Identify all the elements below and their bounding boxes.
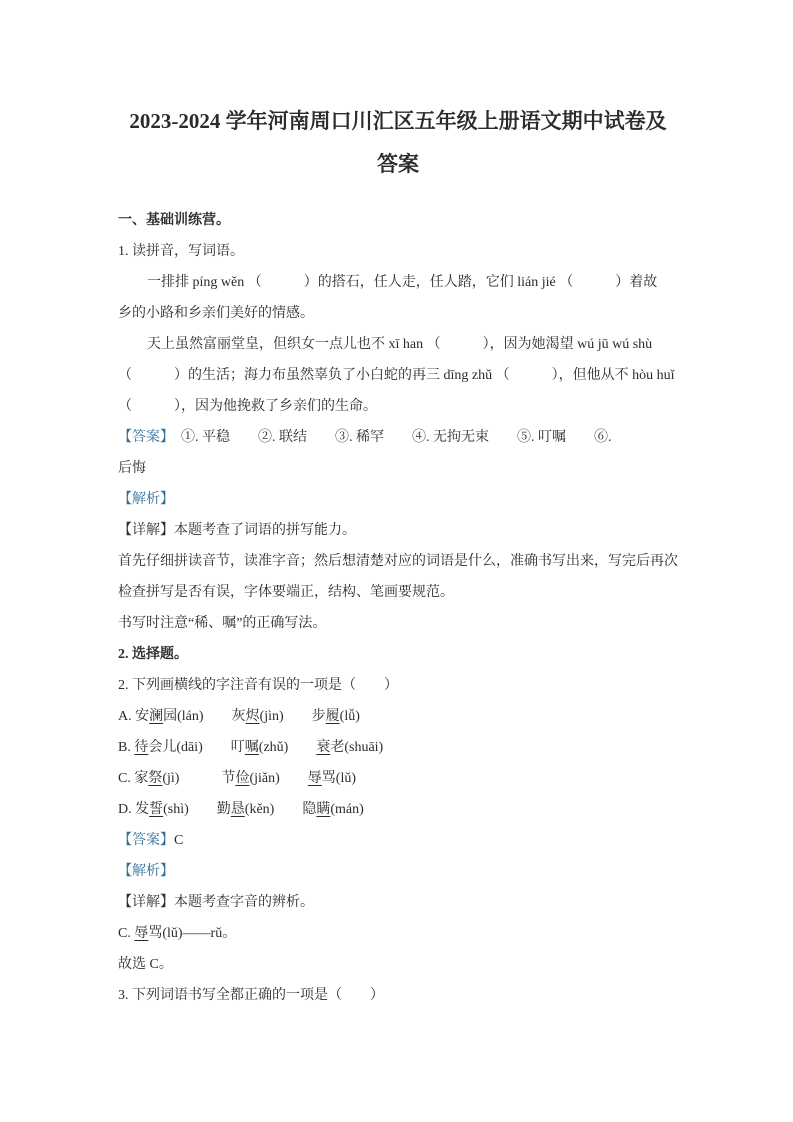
option-text: C. 家 xyxy=(118,771,148,786)
option-text: (shì) 勤 xyxy=(163,802,231,817)
option-text: (mán) xyxy=(330,802,363,817)
underlined-char: 誓 xyxy=(149,802,163,817)
q2-option-a: A. 安澜园(lán) 灰烬(jìn) 步履(lǚ) xyxy=(118,701,678,732)
underlined-char: 待 xyxy=(134,740,148,755)
underlined-char: 衰 xyxy=(316,740,330,755)
option-text: (jìn) 步 xyxy=(260,709,326,724)
option-text: 园(lán) 灰 xyxy=(163,709,245,724)
underlined-char: 澜 xyxy=(149,709,163,724)
q1-passage2-line1: 天上虽然富丽堂皇，但织女一点儿也不 xī han （ ），因为她渴望 wú jū… xyxy=(118,329,678,360)
underlined-char: 俭 xyxy=(235,771,249,786)
q1-answer-label: 【答案】 xyxy=(118,430,167,445)
q2-conclusion: 故选 C。 xyxy=(118,949,678,980)
detail-text: 骂(lǔ)——rǔ。 xyxy=(148,926,236,941)
q2-option-b: B. 待会儿(dāi) 叮嘱(zhǔ) 衰老(shuāi) xyxy=(118,732,678,763)
section2-heading: 2. 选择题。 xyxy=(118,639,678,670)
document-body: 一、基础训练营。 1. 读拼音，写词语。 一排排 píng wěn （ ）的搭石… xyxy=(118,205,678,1011)
underlined-char: 恳 xyxy=(231,802,245,817)
option-text: D. 发 xyxy=(118,802,149,817)
underlined-char: 祭 xyxy=(148,771,162,786)
option-text: (jì) 节 xyxy=(162,771,235,786)
q1-answer-text: ①. 平稳 ②. 联结 ③. 稀罕 ④. 无拘无束 ⑤. 叮嘱 ⑥. xyxy=(167,430,612,445)
option-text: 老(shuāi) xyxy=(330,740,383,755)
underlined-char: 履 xyxy=(326,709,340,724)
detail-text: C. xyxy=(118,926,134,941)
exam-document-page: 2023-2024 学年河南周口川汇区五年级上册语文期中试卷及 答案 一、基础训… xyxy=(0,0,793,1122)
underlined-char: 瞒 xyxy=(316,802,330,817)
q1-detail-line3: 检查拼写是否有误，字体要端正，结构、笔画要规范。 xyxy=(118,577,678,608)
q1-passage1-line2: 乡的小路和乡亲们美好的情感。 xyxy=(118,298,678,329)
q2-analysis-label: 【解析】 xyxy=(118,864,174,879)
doc-title-line1: 2023-2024 学年河南周口川汇区五年级上册语文期中试卷及 xyxy=(118,100,678,143)
q1-passage1-line1: 一排排 píng wěn （ ）的搭石，任人走，任人踏，它们 lián jié … xyxy=(118,267,678,298)
q1-detail-line1: 【详解】本题考查了词语的拼写能力。 xyxy=(118,515,678,546)
q1-detail-line4: 书写时注意“稀、嘱”的正确写法。 xyxy=(118,608,678,639)
q3-stem: 3. 下列词语书写全都正确的一项是（ ） xyxy=(118,980,678,1011)
q1-passage2-line2: （ ）的生活；海力布虽然辜负了小白蛇的再三 dīng zhǔ （ ），但他从不 … xyxy=(118,360,678,391)
option-text: (lǚ) xyxy=(340,709,360,724)
q2-stem: 2. 下列画横线的字注音有误的一项是（ ） xyxy=(118,670,678,701)
q2-answer-line: 【答案】C xyxy=(118,825,678,856)
option-text: (jiǎn) xyxy=(249,771,307,786)
option-text: A. 安 xyxy=(118,709,149,724)
q1-answer-line: 【答案】 ①. 平稳 ②. 联结 ③. 稀罕 ④. 无拘无束 ⑤. 叮嘱 ⑥. xyxy=(118,422,678,453)
option-text: B. xyxy=(118,740,134,755)
underlined-char: 烬 xyxy=(246,709,260,724)
q2-answer-value: C xyxy=(174,833,183,848)
q1-detail-line2: 首先仔细拼读音节，读准字音；然后想清楚对应的词语是什么，准确书写出来，写完后再次 xyxy=(118,546,678,577)
q2-analysis-line: 【解析】 xyxy=(118,856,678,887)
option-text: 骂(lǔ) xyxy=(322,771,356,786)
section1-heading: 一、基础训练营。 xyxy=(118,205,678,236)
q1-analysis-label: 【解析】 xyxy=(118,492,174,507)
doc-title-line2: 答案 xyxy=(118,143,678,186)
q1-answer-continuation: 后悔 xyxy=(118,453,678,484)
option-text: 会儿(dāi) 叮 xyxy=(148,740,244,755)
q2-detail-line1: 【详解】本题考查字音的辨析。 xyxy=(118,887,678,918)
q1-stem: 1. 读拼音，写词语。 xyxy=(118,236,678,267)
underlined-char: 辱 xyxy=(134,926,148,941)
q2-detail-line2: C. 辱骂(lǔ)——rǔ。 xyxy=(118,918,678,949)
underlined-char: 辱 xyxy=(308,771,322,786)
q1-passage2-line3: （ ），因为他挽救了乡亲们的生命。 xyxy=(118,391,678,422)
underlined-char: 嘱 xyxy=(245,740,259,755)
option-text: (kěn) 隐 xyxy=(245,802,317,817)
q2-answer-label: 【答案】 xyxy=(118,833,174,848)
q2-option-d: D. 发誓(shì) 勤恳(kěn) 隐瞒(mán) xyxy=(118,794,678,825)
option-text: (zhǔ) xyxy=(259,740,317,755)
q1-analysis-line: 【解析】 xyxy=(118,484,678,515)
q2-option-c: C. 家祭(jì) 节俭(jiǎn) 辱骂(lǔ) xyxy=(118,763,678,794)
